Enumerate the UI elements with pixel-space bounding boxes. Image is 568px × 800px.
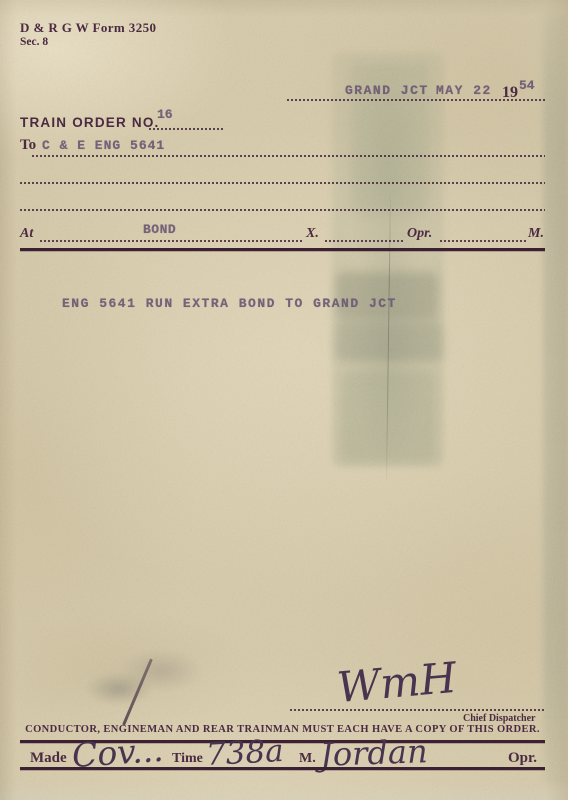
form-section: Sec. 8 <box>20 36 48 48</box>
opr-fill-line <box>440 240 527 242</box>
to-label: To <box>20 137 36 154</box>
at-fill-line <box>40 240 302 242</box>
order-body-text: ENG 5641 RUN EXTRA BOND TO GRAND JCT <box>62 296 397 311</box>
train-order-form: D & R G W Form 3250 Sec. 8 GRAND JCT MAY… <box>0 0 568 800</box>
chief-dispatcher-label: Chief Dispatcher <box>463 713 536 724</box>
m-label: M. <box>528 226 544 242</box>
time-label: Time <box>172 751 203 767</box>
opr-label-bottom: Opr. <box>508 750 537 767</box>
order-no-fill-line <box>149 128 224 130</box>
to-value: C & E ENG 5641 <box>42 138 165 153</box>
date-stamp: MAY 22 <box>436 83 492 98</box>
ruled-line <box>20 209 545 211</box>
year-value: 54 <box>519 78 535 93</box>
at-label: At <box>20 226 33 242</box>
m-label-bottom: M. <box>299 751 316 767</box>
ruled-line <box>20 182 545 184</box>
at-value: BOND <box>143 222 176 237</box>
to-fill-line <box>32 155 545 157</box>
pencil-smudge <box>70 642 210 714</box>
station-stamp: GRAND JCT <box>345 83 429 98</box>
rule <box>20 767 545 770</box>
form-number: D & R G W Form 3250 <box>20 20 156 36</box>
x-label: X. <box>306 226 319 242</box>
opr-label: Opr. <box>407 226 432 242</box>
train-order-number: 16 <box>157 107 173 122</box>
date-fill-line <box>287 99 545 101</box>
x-fill-line <box>325 240 405 242</box>
dispatcher-signature: WmH <box>335 653 458 712</box>
edge-stain <box>543 14 568 784</box>
train-order-label: TRAIN ORDER NO. <box>20 115 160 130</box>
made-label: Made <box>30 750 67 767</box>
signature-line <box>290 709 545 711</box>
heavy-rule <box>20 248 545 251</box>
